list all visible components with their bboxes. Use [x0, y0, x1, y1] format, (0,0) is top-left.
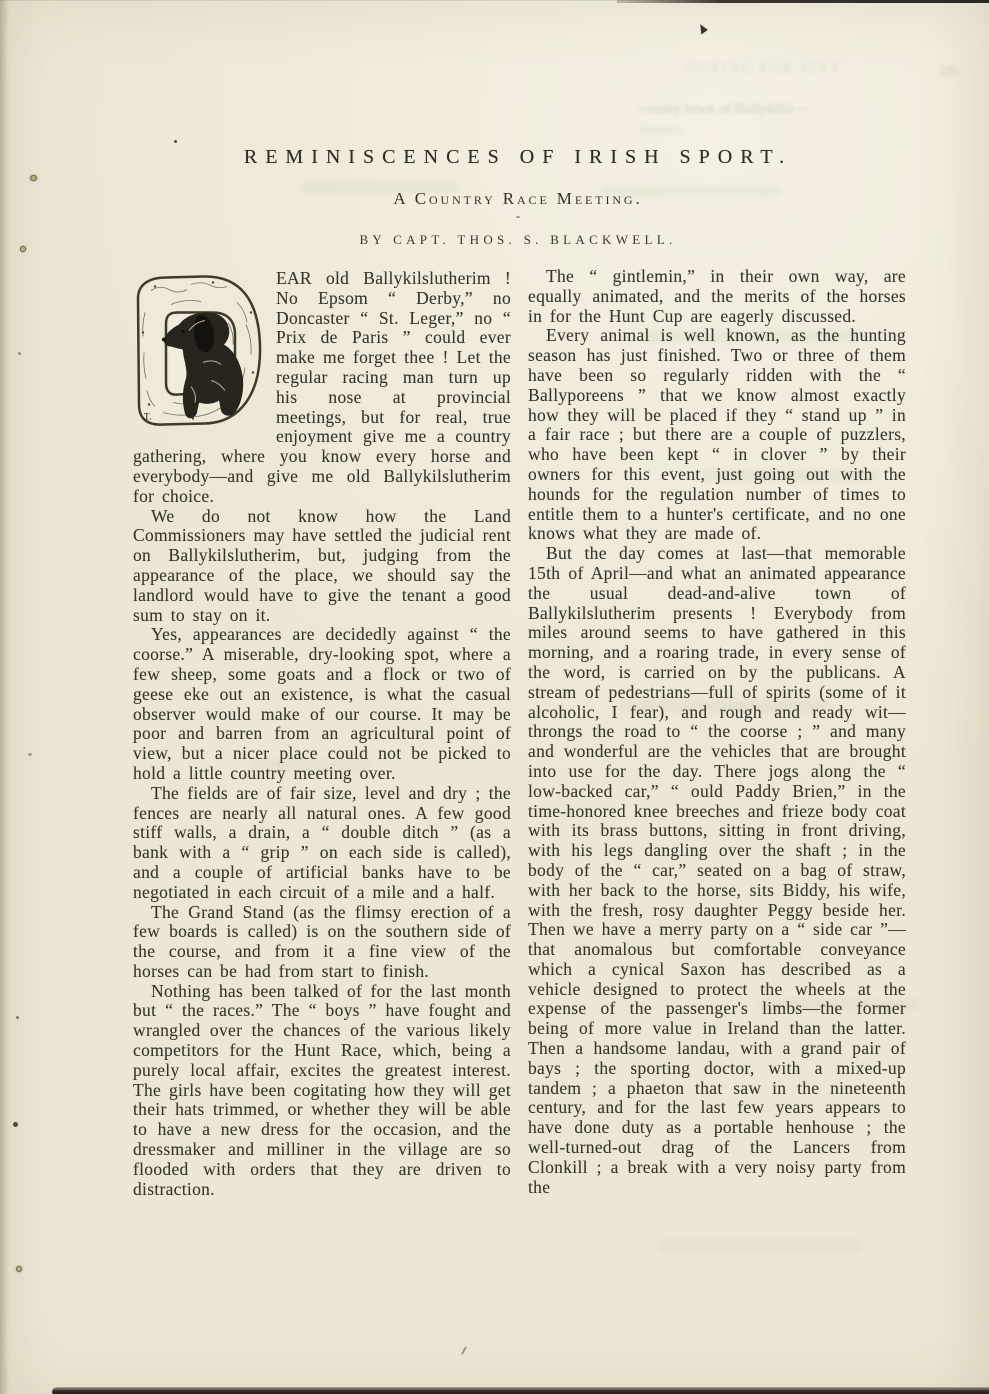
bleed-through-page-number: 286	[938, 64, 959, 80]
paper-speck	[13, 1122, 18, 1127]
paragraph: Every animal is well known, as the hunti…	[528, 326, 906, 544]
paper-scratch	[461, 1346, 467, 1355]
left-column: T. EAR old Ballykilslutherim ! No Epsom …	[133, 269, 511, 1199]
scanned-magazine-page: OUTING FOR JULY county town of Ballykils…	[0, 0, 989, 1394]
paragraph: Nothing has been talked of for the last …	[133, 982, 511, 1200]
punch-hole	[30, 175, 37, 181]
section-divider-dash: -	[130, 208, 906, 224]
article-byline: BY CAPT. THOS. S. BLACKWELL.	[130, 232, 906, 248]
engraver-signature: T.	[144, 412, 152, 422]
scan-edge-shadow	[617, 0, 989, 3]
bleed-through-smudge	[660, 1240, 860, 1252]
dropcap-initial-d-dachshund-illustration: T.	[133, 272, 267, 429]
bleed-through-line: houses	[640, 121, 820, 138]
punch-hole	[20, 246, 26, 252]
paper-speck	[18, 352, 21, 355]
paper-speck	[174, 140, 177, 143]
bleed-through-masthead: OUTING FOR JULY	[686, 60, 926, 76]
scan-edge-shadow	[52, 1387, 989, 1394]
paragraph: But the day comes at last—that memorable…	[528, 544, 906, 1197]
paragraph: The fields are of fair size, level and d…	[133, 784, 511, 903]
paragraph: Yes, appearances are decidedly against “…	[133, 625, 511, 783]
paragraph: The Grand Stand (as the flimsy erection …	[133, 903, 511, 982]
paper-speck	[28, 753, 32, 756]
scan-edge-shadow	[0, 0, 8, 1394]
right-column: The “ gintlemin,” in their own way, are …	[528, 267, 906, 1197]
article-title: REMINISCENCES OF IRISH SPORT.	[130, 146, 906, 169]
paragraph: The “ gintlemin,” in their own way, are …	[528, 267, 906, 326]
article-subtitle: A Country Race Meeting.	[130, 189, 906, 209]
punch-hole	[16, 1266, 22, 1272]
ink-mark	[696, 23, 708, 35]
paper-speck	[16, 1016, 19, 1019]
paragraph: We do not know how the Land Commissioner…	[133, 507, 511, 626]
bleed-through-line: county town of Ballykilsl—	[640, 101, 908, 118]
paragraph: T. EAR old Ballykilslutherim ! No Epsom …	[133, 269, 511, 507]
